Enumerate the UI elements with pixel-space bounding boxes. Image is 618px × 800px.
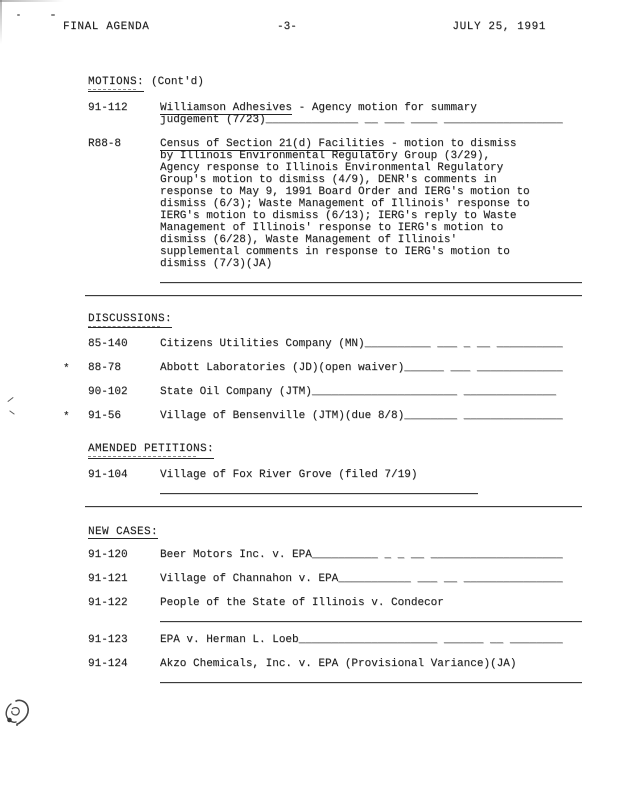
agenda-entry: 85-140Citizens Utilities Company (MN)___… (88, 338, 582, 350)
docket-number: 90-102 (88, 386, 160, 398)
entry-text: Village of Channahon v. EPA___________ _… (160, 573, 582, 585)
entry-detail: People of the State of Illinois v. Conde… (160, 597, 444, 609)
entry-rule (160, 282, 582, 283)
entry-text: Akzo Chemicals, Inc. v. EPA (Provisional… (160, 658, 582, 670)
entry-text: Citizens Utilities Company (MN)_________… (160, 338, 582, 350)
ruled-fill-line: ______________ __ ___ ____ _____________… (266, 114, 563, 126)
entry-rule (160, 493, 478, 494)
entry-text: Abbott Laboratories (JD)(open waiver)___… (160, 362, 582, 374)
agenda-entry: 90-102State Oil Company (JTM)___________… (88, 386, 582, 398)
docket-number: 91-123 (88, 634, 160, 646)
entry-detail: State Oil Company (JTM) (160, 386, 312, 398)
section-heading: NEW CASES: (88, 526, 582, 540)
agenda-entry: 91-122People of the State of Illinois v.… (88, 597, 582, 609)
entry-text: Census of Section 21(d) Facilities - mot… (160, 138, 582, 270)
section-divider-rule (85, 295, 582, 296)
docket-number: 91-124 (88, 658, 160, 670)
section-title: MOTIONS: (88, 76, 144, 92)
ruled-fill-line: ______________________ ______________ (312, 386, 556, 398)
entry-detail: Abbott Laboratories (JD)(open waiver) (160, 362, 404, 374)
entry-detail: Village of Bensenville (JTM)(due 8/8) (160, 410, 404, 422)
docket-number: 88-78 (88, 362, 160, 374)
docket-number: 85-140 (88, 338, 160, 350)
section-divider-rule (85, 506, 582, 507)
docket-number: 91-56 (88, 410, 160, 422)
ruled-fill-line: ______ ___ _____________ (404, 362, 562, 374)
section-heading: MOTIONS:(Cont'd) (88, 76, 582, 92)
docket-number: 91-120 (88, 549, 160, 561)
entry-detail: Beer Motors Inc. v. EPA (160, 549, 312, 561)
page-number: -3- (277, 21, 297, 33)
priority-star-marker: * (63, 411, 70, 423)
entry-text: EPA v. Herman L. Loeb___________________… (160, 634, 582, 646)
section-title-suffix: (Cont'd) (151, 76, 204, 88)
pen-mark (9, 410, 14, 414)
section-title: NEW CASES: (88, 526, 158, 540)
docket-number: 91-112 (88, 102, 160, 126)
section-title: AMENDED PETITIONS: (88, 443, 214, 459)
entry-text: Village of Bensenville (JTM)(due 8/8)___… (160, 410, 582, 422)
agenda-entry: R88-8Census of Section 21(d) Facilities … (88, 138, 582, 270)
docket-number: 91-122 (88, 597, 160, 609)
entry-text: State Oil Company (JTM)_________________… (160, 386, 582, 398)
ruled-fill-line: ___________ ___ __ _______________ (338, 573, 562, 585)
agenda-entry: 91-124Akzo Chemicals, Inc. v. EPA (Provi… (88, 658, 582, 670)
ruled-fill-line: _____________________ ______ __ ________ (299, 634, 563, 646)
section-motions: MOTIONS:(Cont'd)91-112Williamson Adhesiv… (88, 76, 582, 296)
entry-rule (160, 682, 582, 683)
agenda-entry: 91-123EPA v. Herman L. Loeb_____________… (88, 634, 582, 646)
page-header: FINAL AGENDA -3- JULY 25, 1991 (0, 21, 618, 34)
entry-text: Village of Fox River Grove (filed 7/19) (160, 469, 582, 481)
entry-text: Williamson Adhesives - Agency motion for… (160, 102, 582, 126)
ruled-fill-line: __________ _ _ __ ____________________ (312, 549, 563, 561)
entry-detail: Village of Channahon v. EPA (160, 573, 338, 585)
agenda-entry: 91-104Village of Fox River Grove (filed … (88, 469, 582, 481)
section-amended-petitions: AMENDED PETITIONS:91-104Village of Fox R… (88, 443, 582, 507)
entry-rule (160, 621, 582, 622)
section-heading: AMENDED PETITIONS: (88, 443, 582, 459)
scanner-edge-top (0, 0, 64, 2)
agenda-entry: 91-112Williamson Adhesives - Agency moti… (88, 102, 582, 126)
entry-detail: Akzo Chemicals, Inc. v. EPA (Provisional… (160, 658, 516, 670)
ruled-fill-line: __________ ___ _ __ __________ (365, 338, 563, 350)
section-new-cases: NEW CASES:91-120Beer Motors Inc. v. EPA_… (88, 526, 582, 684)
scan-speck (17, 14, 20, 16)
document-title: FINAL AGENDA (63, 21, 149, 33)
agenda-sections: MOTIONS:(Cont'd)91-112Williamson Adhesiv… (88, 76, 582, 695)
entry-detail: Citizens Utilities Company (MN) (160, 338, 365, 350)
scan-speck (51, 14, 55, 16)
docket-number: 91-104 (88, 469, 160, 481)
pen-mark (7, 397, 13, 402)
scan-smudge-icon (3, 699, 30, 729)
entry-detail: Village of Fox River Grove (filed 7/19) (160, 469, 417, 481)
entry-text: People of the State of Illinois v. Conde… (160, 597, 582, 609)
entry-detail: - motion to dismiss by Illinois Environm… (160, 138, 530, 270)
priority-star-marker: * (63, 363, 70, 375)
document-date: JULY 25, 1991 (452, 21, 546, 33)
docket-number: 91-121 (88, 573, 160, 585)
section-discussions: DISCUSSIONS:85-140Citizens Utilities Com… (88, 313, 582, 423)
entry-detail: EPA v. Herman L. Loeb (160, 634, 299, 646)
agenda-entry: *88-78Abbott Laboratories (JD)(open waiv… (88, 362, 582, 374)
docket-number: R88-8 (88, 138, 160, 270)
entry-text: Beer Motors Inc. v. EPA__________ _ _ __… (160, 549, 582, 561)
section-title: DISCUSSIONS: (88, 313, 172, 329)
section-heading: DISCUSSIONS: (88, 313, 582, 329)
agenda-entry: 91-120Beer Motors Inc. v. EPA__________ … (88, 549, 582, 561)
agenda-entry: 91-121Village of Channahon v. EPA_______… (88, 573, 582, 585)
scanned-agenda-page: FINAL AGENDA -3- JULY 25, 1991 MOTIONS:(… (0, 0, 618, 800)
agenda-entry: *91-56Village of Bensenville (JTM)(due 8… (88, 410, 582, 422)
ruled-fill-line: ________ _______________ (404, 410, 562, 422)
